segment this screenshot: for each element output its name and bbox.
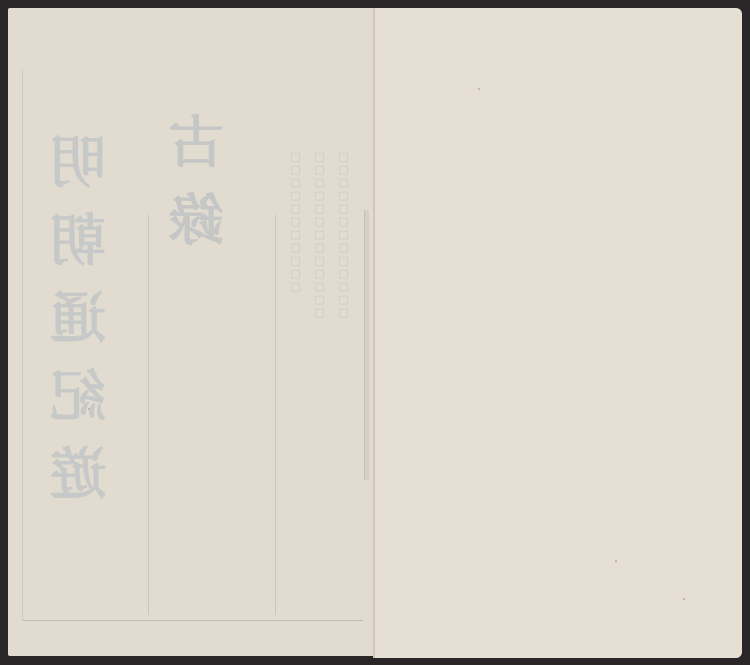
title-column-1: 古 錄 (168, 115, 224, 271)
title-char: 紀 (50, 369, 106, 425)
title-char: 古 (168, 115, 224, 171)
title-char: 遊 (50, 447, 106, 503)
title-char: 朝 (50, 213, 106, 269)
title-char: 明 (50, 135, 106, 191)
title-column-2: 明 朝 通 紀 遊 (50, 135, 106, 525)
paper-speck (615, 560, 617, 562)
paper-speck (88, 408, 90, 410)
title-char: 錄 (168, 193, 224, 249)
column-rule (275, 215, 276, 615)
book-gutter (373, 8, 375, 658)
small-text-column: □□□□□□□□□□□ (288, 150, 303, 293)
small-text-column: □□□□□□□□□□□□□ (312, 150, 327, 319)
right-page (374, 8, 742, 658)
page-edge-strip (364, 210, 369, 480)
paper-speck (478, 88, 480, 90)
column-rule (148, 215, 149, 615)
title-char: 通 (50, 291, 106, 347)
paper-speck (683, 598, 685, 600)
small-text-column: □□□□□□□□□□□□□ (336, 150, 351, 319)
